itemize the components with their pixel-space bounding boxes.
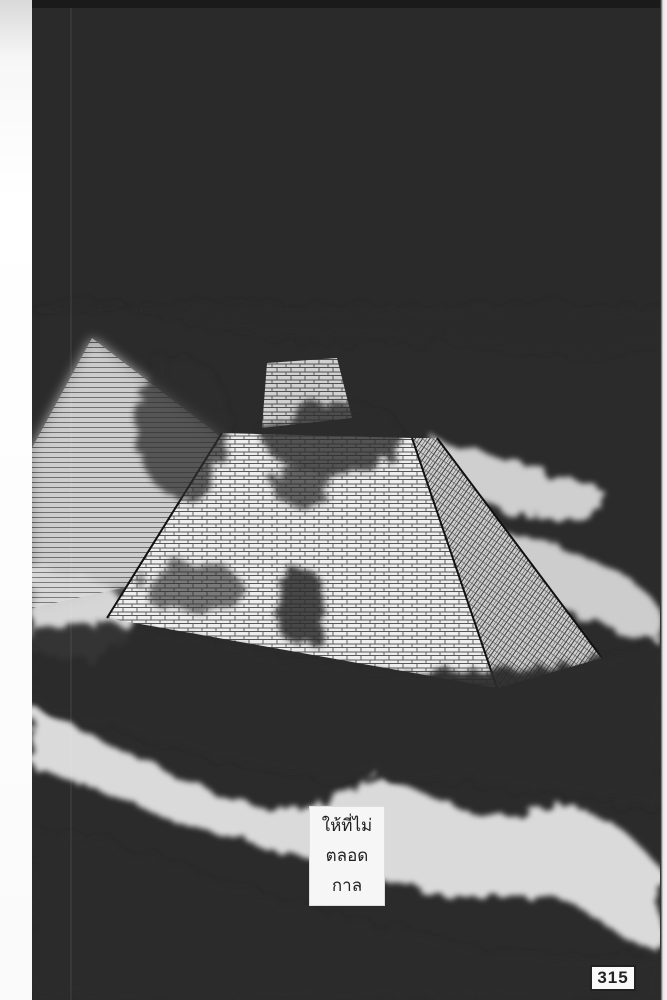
page-margin <box>0 0 32 1000</box>
page-number: 315 <box>590 965 636 991</box>
caption-box: ให้ที่ไม่ ตลอด กาล <box>309 806 385 906</box>
scan-artifact-line <box>70 8 72 1000</box>
caption-line-1: ให้ที่ไม่ <box>322 818 372 835</box>
caption-line-2: ตลอด <box>326 848 369 865</box>
caption-line-3: กาล <box>332 878 362 895</box>
scan-right-edge <box>660 0 667 1000</box>
scan-top-edge <box>32 0 667 8</box>
